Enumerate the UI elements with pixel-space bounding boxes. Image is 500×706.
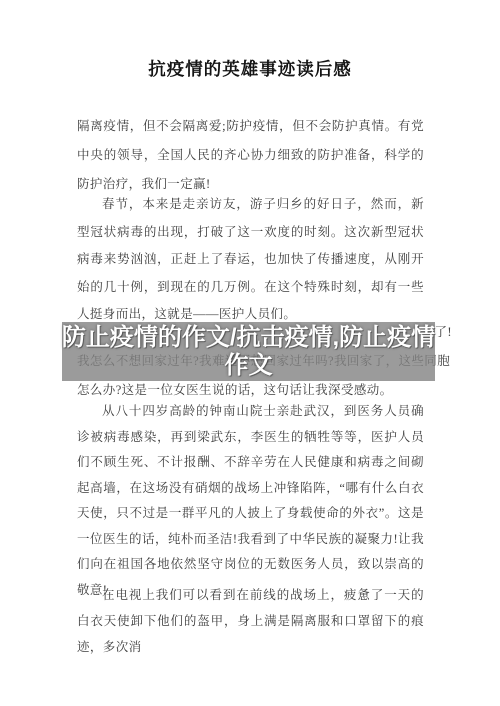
caption-line-1: 防止疫情的作文/抗击疫情,防止疫情 [62, 324, 435, 352]
paragraph-4: 从八十四岁高龄的钟南山院士亲赴武汉，到医务人员确诊被病毒感染，再到梁武东，李医生… [77, 399, 424, 603]
caption-overlay-banner: 防止疫情的作文/抗击疫情,防止疫情 作文 [62, 322, 435, 381]
caption-line-2: 作文 [225, 352, 273, 380]
paragraph-2: 春节，本来是走亲访友，游子归乡的好日子，然而，新型冠状病毒的出现，打破了这一欢度… [77, 191, 424, 329]
caption-overlay-text: 防止疫情的作文/抗击疫情,防止疫情 作文 [62, 322, 435, 381]
document-page: 抗疫情的英雄事迹读后感 隔离疫情，但不会隔离爱;防护疫情，但不会防护真情。有党中… [0, 0, 500, 706]
paragraph-5: 在电视上我们可以看到在前线的战场上，疲惫了一天的白衣天使卸下他们的盔甲，身上满是… [77, 582, 424, 660]
paragraph-1: 隔离疫情，但不会隔离爱;防护疫情，但不会防护真情。有党中央的领导，全国人民的齐心… [77, 112, 424, 199]
page-title: 抗疫情的英雄事迹读后感 [0, 56, 500, 82]
